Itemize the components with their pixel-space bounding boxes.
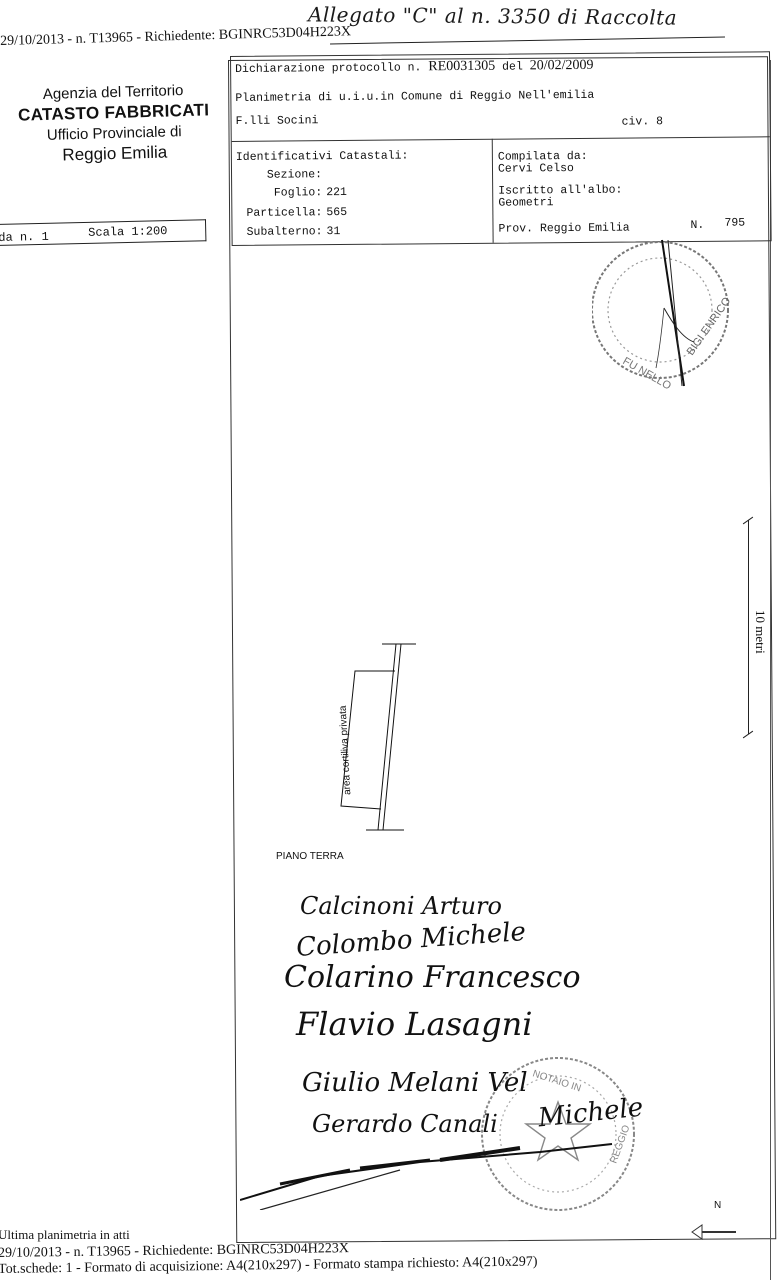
particella-label: Particella: (236, 206, 322, 220)
signature-4: Flavio Lasagni (296, 1005, 532, 1043)
number-label: N. (690, 219, 704, 232)
request-line: 29/10/2013 - n. T13965 - Richiedente: BG… (0, 24, 351, 50)
foglio-label: Foglio: (236, 186, 322, 200)
signature-1: Calcinoni Arturo (300, 892, 502, 920)
floor-plan-drawing (300, 630, 420, 840)
divider-horizontal (232, 136, 770, 142)
registered-value: Geometri (498, 196, 553, 209)
foglio-value: 221 (326, 186, 347, 199)
declaration-line: Dichiarazione protocollo n. RE0031305 de… (235, 58, 594, 77)
floor-label: PIANO TERRA (276, 851, 344, 862)
svg-text:FU NELLO: FU NELLO (621, 355, 674, 393)
sheet-count: da n. 1 (0, 230, 49, 245)
scale-value: Scala 1:200 (88, 224, 168, 240)
handwritten-annex-note: Allegato "C" al n. 3350 di Raccolta (308, 2, 677, 29)
scale-bar-label: 10 metri (752, 610, 768, 654)
footer-plan-status: Ultima planimetria in atti (0, 1227, 130, 1243)
divider-vertical (492, 139, 494, 243)
declaration-date: 20/02/2009 (530, 58, 594, 74)
agency-block: Agenzia del Territorio CATASTO FABBRICAT… (0, 81, 229, 167)
scale-bar (748, 520, 749, 734)
signature-strokes (240, 1140, 620, 1210)
subalterno-label: Subalterno: (236, 225, 322, 239)
signature-6: Gerardo Canali (312, 1110, 498, 1138)
north-label: N (714, 1200, 721, 1211)
sezione-label: Sezione: (236, 168, 322, 182)
compiled-by-name: Cervi Celso (498, 162, 574, 176)
svg-text:NOTAIO IN: NOTAIO IN (531, 1068, 582, 1094)
office-city: Reggio Emilia (1, 141, 229, 167)
surveyor-stamp-icon: BIGI ENRICO FU NELLO (592, 238, 732, 398)
protocol-number: RE0031305 (428, 59, 495, 75)
svg-text:BIGI ENRICO: BIGI ENRICO (685, 295, 732, 358)
signature-5: Giulio Melani Vel (302, 1068, 528, 1098)
signature-3: Colarino Francesco (284, 960, 581, 995)
handwritten-underline (330, 37, 725, 45)
scale-strip: da n. 1 Scala 1:200 (0, 219, 206, 246)
province: Prov. Reggio Emilia (498, 222, 629, 236)
cadastral-info-box: Dichiarazione protocollo n. RE0031305 de… (230, 51, 772, 246)
identifiers-title: Identificativi Catastali: (236, 149, 409, 164)
particella-value: 565 (326, 206, 347, 219)
declaration-prefix: Dichiarazione protocollo n. (235, 61, 428, 76)
date-prefix: del (495, 60, 530, 73)
street-address: F.lli Socini (236, 114, 319, 128)
page-edge-line (770, 60, 771, 1280)
north-arrow-icon (690, 1222, 738, 1242)
registration-number: 795 (724, 217, 745, 230)
subalterno-value: 31 (326, 225, 340, 238)
plan-description: Planimetria di u.i.u.in Comune di Reggio… (235, 89, 594, 105)
civic-number: civ. 8 (622, 115, 664, 128)
